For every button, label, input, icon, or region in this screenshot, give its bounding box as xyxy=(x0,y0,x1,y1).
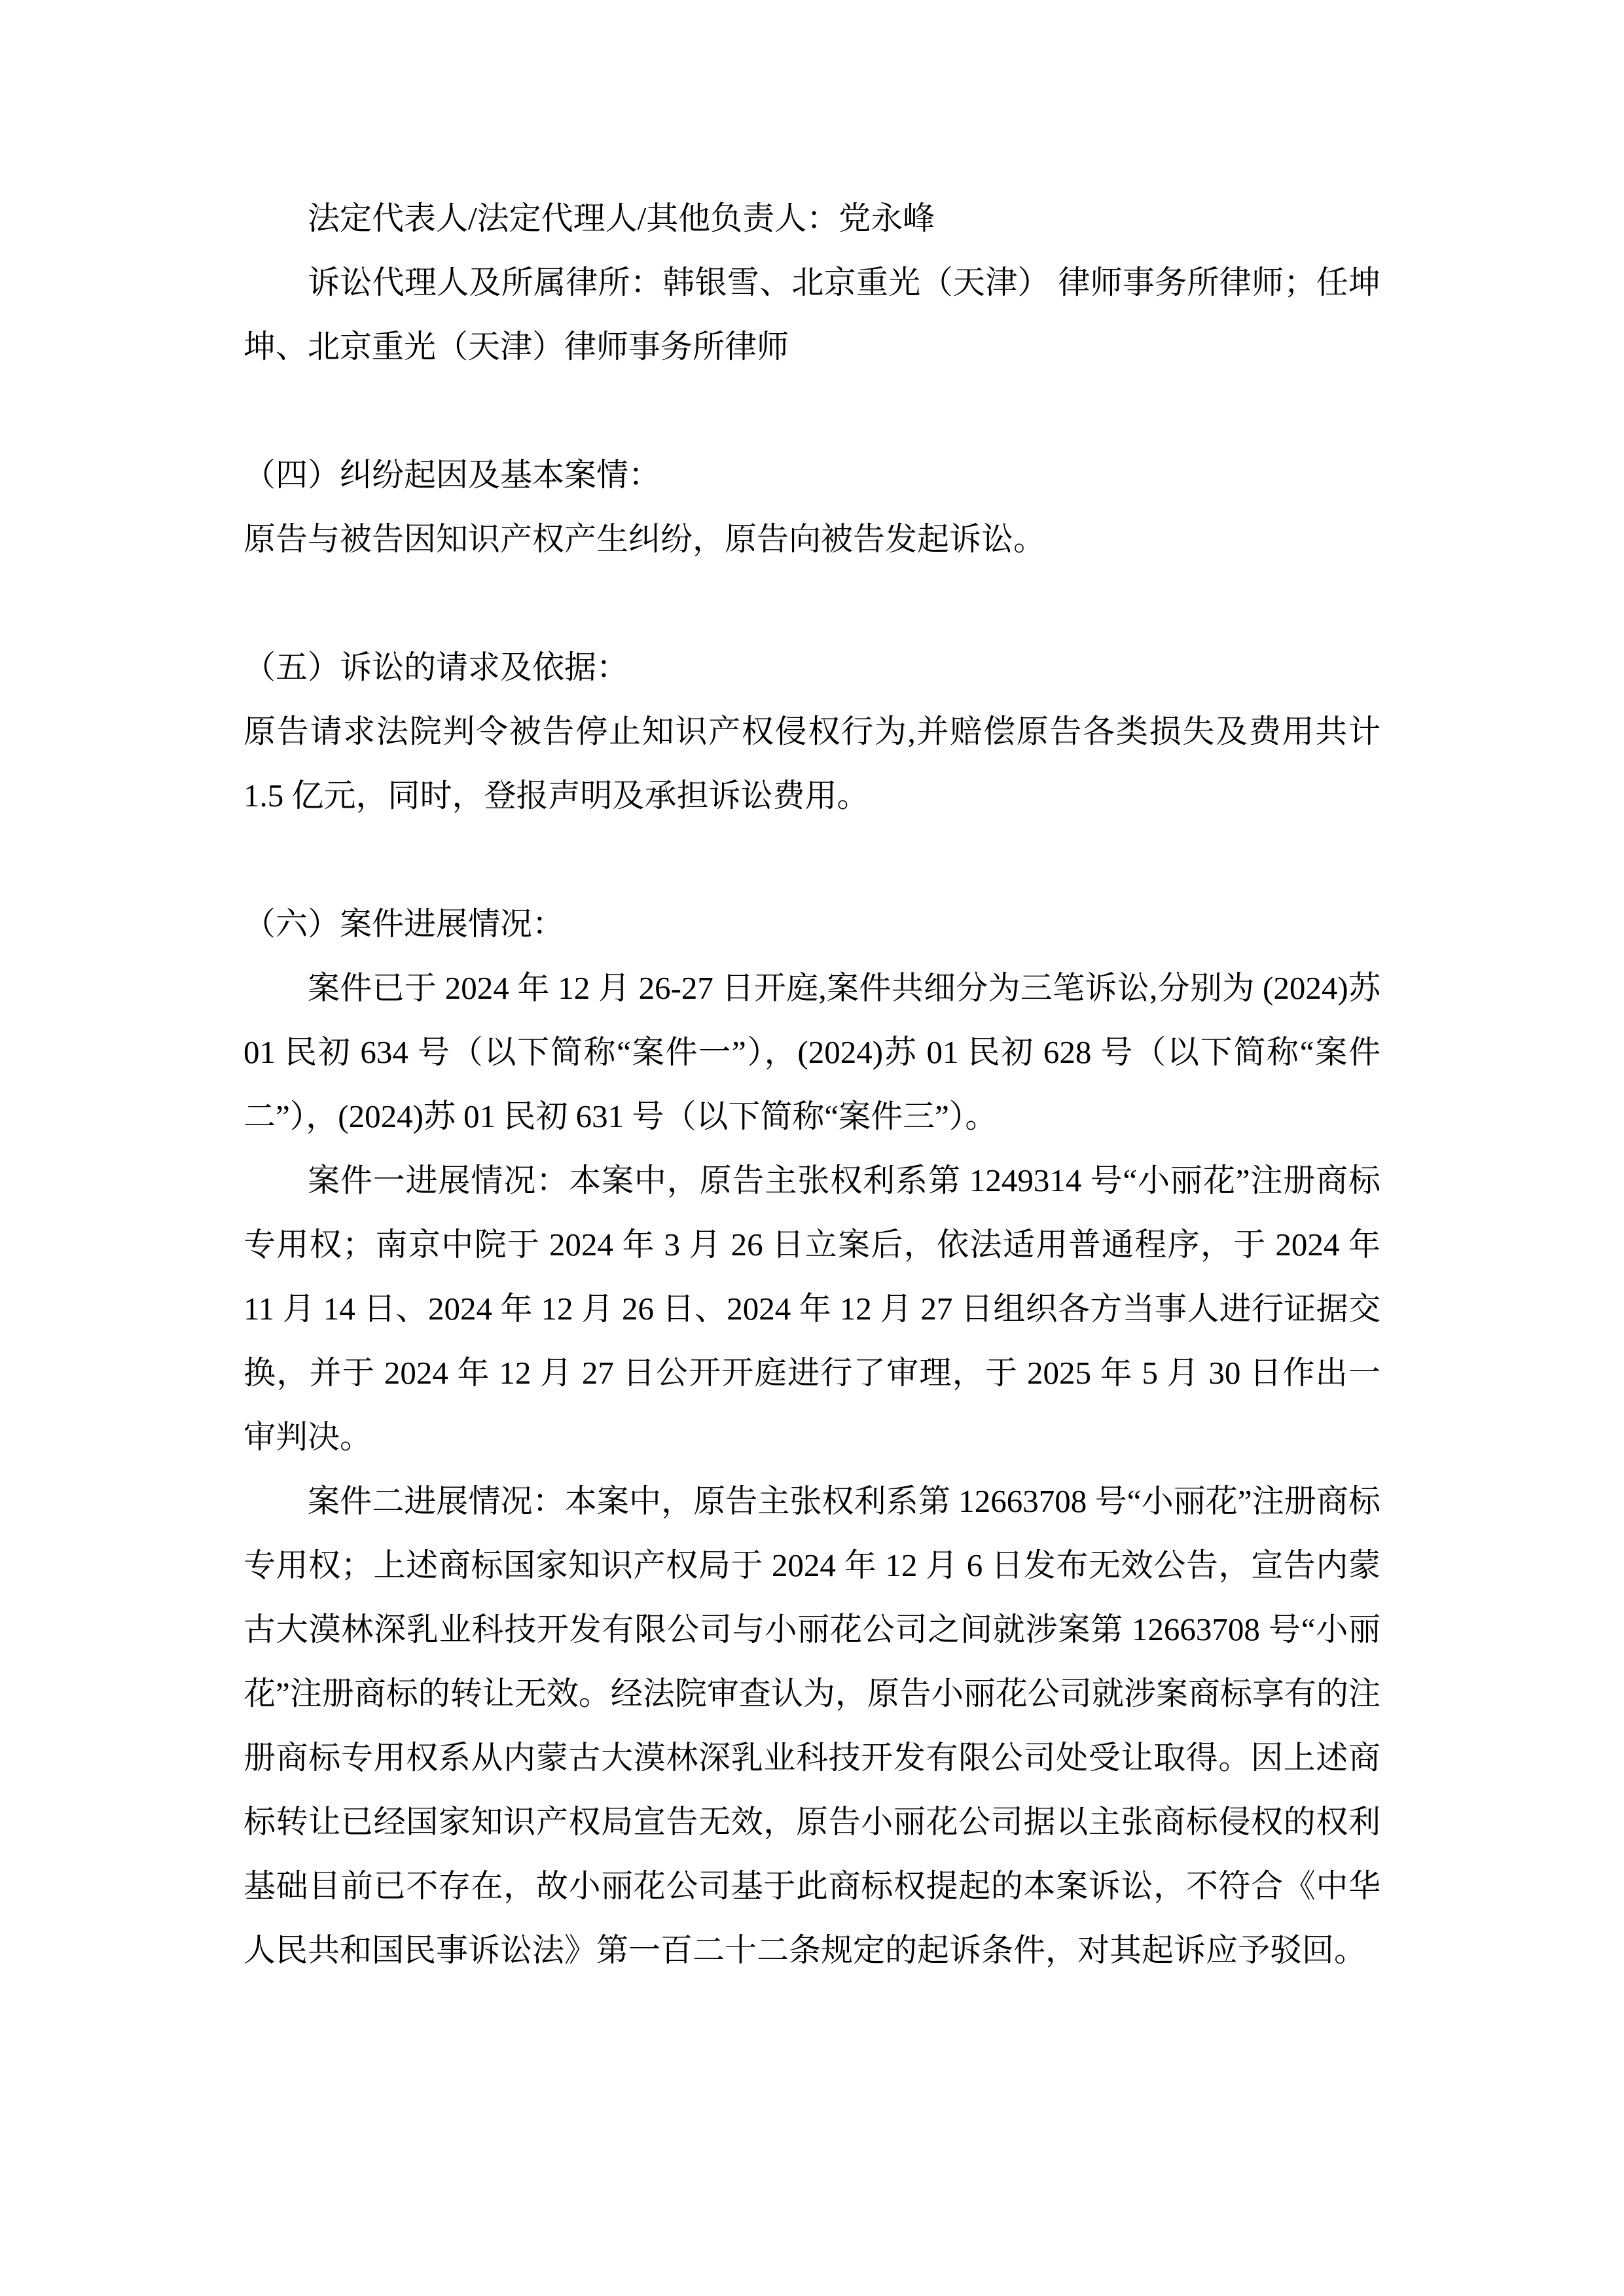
section-claims-heading: （五）诉讼的请求及依据： xyxy=(244,636,1380,700)
section-claims: （五）诉讼的请求及依据： 原告请求法院判令被告停止知识产权侵权行为,并赔偿原告各… xyxy=(244,636,1380,828)
section-case-progress: （六）案件进展情况： 案件已于 2024 年 12 月 26-27 日开庭,案件… xyxy=(244,892,1380,1982)
legal-representative-line: 法定代表人/法定代理人/其他负责人：党永峰 xyxy=(244,187,1380,251)
section-case-progress-heading: （六）案件进展情况： xyxy=(244,892,1380,956)
document-page: { "page": { "background_color": "#ffffff… xyxy=(0,0,1624,2296)
litigation-agents-line: 诉讼代理人及所属律所：韩银雪、北京重光（天津） 律师事务所律师；任坤坤、北京重光… xyxy=(244,251,1380,379)
section-dispute-cause: （四）纠纷起因及基本案情： 原告与被告因知识产权产生纠纷，原告向被告发起诉讼。 xyxy=(244,443,1380,571)
case-one-progress-paragraph: 案件一进展情况：本案中，原告主张权利系第 1249314 号“小丽花”注册商标专… xyxy=(244,1149,1380,1469)
section-dispute-cause-heading: （四）纠纷起因及基本案情： xyxy=(244,443,1380,507)
section-dispute-cause-body: 原告与被告因知识产权产生纠纷，原告向被告发起诉讼。 xyxy=(244,507,1380,571)
case-progress-overview-paragraph: 案件已于 2024 年 12 月 26-27 日开庭,案件共细分为三笔诉讼,分别… xyxy=(244,956,1380,1149)
case-two-progress-paragraph: 案件二进展情况：本案中，原告主张权利系第 12663708 号“小丽花”注册商标… xyxy=(244,1469,1380,1982)
section-claims-body: 原告请求法院判令被告停止知识产权侵权行为,并赔偿原告各类损失及费用共计 1.5 … xyxy=(244,700,1380,828)
document-content: 法定代表人/法定代理人/其他负责人：党永峰 诉讼代理人及所属律所：韩银雪、北京重… xyxy=(0,0,1624,1982)
